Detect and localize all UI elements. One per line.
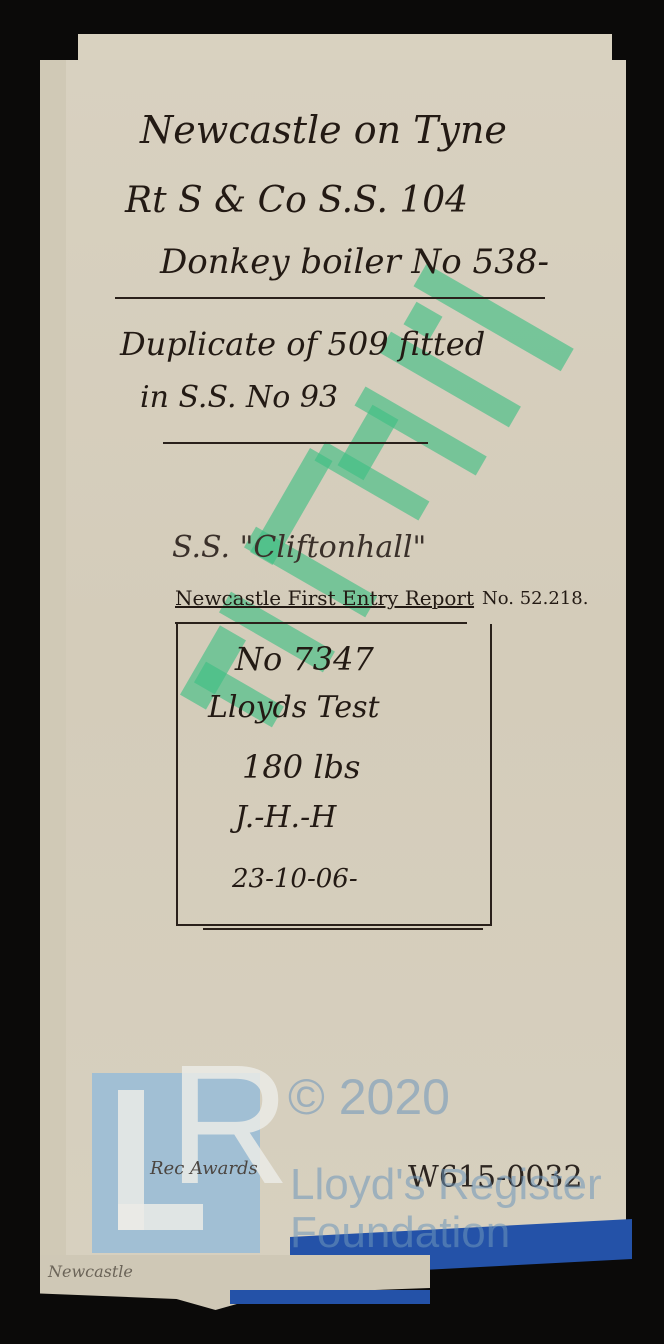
entry-date: 23-10-06- [232, 864, 358, 894]
entry-test: Lloyds Test [208, 690, 380, 725]
note-line-1: Duplicate of 509 fitted [120, 325, 485, 363]
entry-initials: J.-H.-H [235, 800, 336, 835]
watermark-copyright: © 2020 [288, 1068, 450, 1126]
entry-number: No 7347 [235, 640, 374, 678]
lr-logo-R: R [168, 1040, 291, 1210]
report-label: Newcastle First Entry Report [175, 586, 474, 610]
divider-rule [163, 442, 428, 444]
torn-fragment-text: Newcastle [48, 1262, 133, 1281]
ship-name: S.S. "Cliftonhall" [172, 530, 426, 565]
watermark-org-line-1: Lloyd's Register [290, 1160, 602, 1210]
note-line-2: in S.S. No 93 [140, 380, 338, 415]
entry-pressure: 180 lbs [242, 748, 360, 786]
address-line-2: Rt S & Co S.S. 104 [125, 180, 468, 221]
divider-rule [115, 297, 545, 299]
report-number: No. 52.218. [482, 588, 588, 609]
address-line-3: Donkey boiler No 538- [160, 242, 549, 282]
pencil-note: Rec Awards [150, 1158, 258, 1179]
watermark-org-line-2: Foundation [290, 1208, 510, 1258]
box-bottom-rule [203, 928, 483, 930]
address-line-1: Newcastle on Tyne [140, 108, 507, 152]
blue-tape-fragment [230, 1290, 430, 1304]
